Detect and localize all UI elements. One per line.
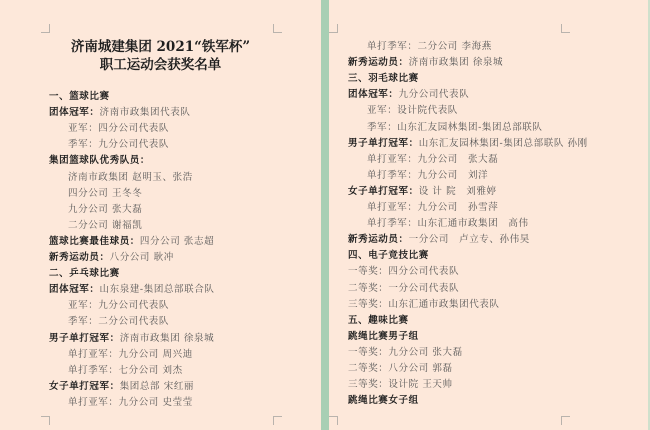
award-winner-text: 九分公司 张大磊 [68, 204, 142, 215]
award-line: 四、电子竞技比赛 [348, 250, 429, 262]
award-line: 单打季军：二分公司 李海燕 [367, 41, 492, 53]
award-category-label: 篮球比赛最佳球员： [49, 236, 140, 247]
award-line: 二等奖：八分公司 郭磊 [348, 363, 453, 375]
award-winner-text: 九分公司代表队 [399, 89, 470, 100]
award-category-label: 男子单打冠军： [49, 333, 120, 344]
award-winner-text: 一分公司 卢立专、孙伟昊 [409, 234, 530, 245]
margin-corner-mark [561, 24, 570, 33]
award-category-label: 团体冠军： [49, 284, 100, 295]
award-category-label: 女子单打冠军： [49, 381, 120, 392]
award-line: 一、篮球比赛 [49, 91, 110, 103]
award-winner-text: 设 计 院 刘雅婷 [419, 186, 497, 197]
award-winner-text: 单打季军：七分公司 刘杰 [68, 365, 183, 376]
award-category-label: 团体冠军： [49, 107, 100, 118]
award-category-label: 新秀运动员： [49, 252, 110, 263]
award-line: 二、乒乓球比赛 [49, 268, 120, 280]
award-line: 三等奖：设计院 王天帅 [348, 379, 453, 391]
award-line: 男子单打冠军：山东汇友园林集团-集团总部联队 孙刚 [348, 138, 588, 150]
award-line: 单打季军：九分公司 刘洋 [367, 170, 488, 182]
page-divider [321, 0, 329, 430]
award-category-label: 团体冠军： [348, 89, 399, 100]
award-line: 亚军：四分公司代表队 [68, 123, 169, 135]
margin-corner-mark [329, 24, 338, 33]
award-line: 四分公司 王冬冬 [68, 188, 142, 200]
award-winner-text: 单打亚军：九分公司 孙雪萍 [367, 202, 498, 213]
award-line: 单打亚军：九分公司 孙雪萍 [367, 202, 498, 214]
award-winner-text: 二等奖：八分公司 郭磊 [348, 363, 453, 374]
award-winner-text: 单打季军：二分公司 李海燕 [367, 41, 492, 52]
award-winner-text: 四分公司 张志超 [140, 236, 214, 247]
margin-corner-mark [41, 24, 50, 33]
award-winner-text: 亚军：四分公司代表队 [68, 123, 169, 134]
award-line: 男子单打冠军：济南市政集团 徐泉城 [49, 333, 214, 345]
award-winner-text: 一等奖：九分公司 张大磊 [348, 347, 463, 358]
award-line: 二分公司 谢福凯 [68, 220, 142, 232]
award-line: 单打亚军：九分公司 张大磊 [367, 154, 498, 166]
award-category-label: 五、趣味比赛 [348, 315, 409, 326]
award-winner-text: 季军：九分公司代表队 [68, 139, 169, 150]
award-line: 集团篮球队优秀队员： [49, 155, 150, 167]
award-winner-text: 八分公司 耿冲 [110, 252, 174, 263]
award-line: 三、羽毛球比赛 [348, 73, 419, 85]
award-winner-text: 集团总部 宋红丽 [120, 381, 194, 392]
page-right: 单打季军：二分公司 李海燕新秀运动员：济南市政集团 徐泉城三、羽毛球比赛团体冠军… [329, 0, 650, 430]
award-category-label: 男子单打冠军： [348, 138, 419, 149]
award-winner-text: 济南市政集团 赵明玉、张浩 [68, 172, 193, 183]
award-winner-text: 四分公司 王冬冬 [68, 188, 142, 199]
margin-corner-mark [273, 24, 282, 33]
award-line: 女子单打冠军：设 计 院 刘雅婷 [348, 186, 497, 198]
award-line: 五、趣味比赛 [348, 315, 409, 327]
award-line: 团体冠军：九分公司代表队 [348, 89, 469, 101]
award-line: 女子单打冠军：集团总部 宋红丽 [49, 381, 194, 393]
award-category-label: 四、电子竞技比赛 [348, 250, 429, 261]
award-line: 新秀运动员：济南市政集团 徐泉城 [348, 57, 503, 69]
award-line: 单打亚军：九分公司 周兴迪 [68, 349, 193, 361]
award-winner-text: 单打亚军：九分公司 周兴迪 [68, 349, 193, 360]
document-title-line-2: 职工运动会获奖名单 [0, 56, 321, 74]
award-winner-text: 山东汇友园林集团-集团总部联队 孙刚 [419, 138, 588, 149]
award-winner-text: 山东泉建-集团总部联合队 [100, 284, 215, 295]
award-category-label: 一、篮球比赛 [49, 91, 110, 102]
award-line: 二等奖：一分公司代表队 [348, 283, 459, 295]
page-left: 济南城建集团 2021“铁军杯” 职工运动会获奖名单 一、篮球比赛团体冠军：济南… [0, 0, 321, 430]
award-line: 济南市政集团 赵明玉、张浩 [68, 172, 193, 184]
award-line: 团体冠军：济南市政集团代表队 [49, 107, 190, 119]
award-winner-text: 二分公司 谢福凯 [68, 220, 142, 231]
award-winner-text: 三等奖：山东汇通市政集团代表队 [348, 299, 500, 310]
award-winner-text: 济南市政集团 徐泉城 [409, 57, 504, 68]
award-category-label: 三、羽毛球比赛 [348, 73, 419, 84]
award-category-label: 集团篮球队优秀队员： [49, 155, 150, 166]
award-winner-text: 二等奖：一分公司代表队 [348, 283, 459, 294]
award-category-label: 新秀运动员： [348, 234, 409, 245]
award-line: 单打季军：山东汇通市政集团 高伟 [367, 218, 529, 230]
award-winner-text: 亚军：九分公司代表队 [68, 300, 169, 311]
award-winner-text: 济南市政集团代表队 [100, 107, 191, 118]
award-winner-text: 单打季军：山东汇通市政集团 高伟 [367, 218, 529, 229]
award-line: 亚军：设计院代表队 [367, 105, 458, 117]
award-category-label: 跳绳比赛男子组 [348, 331, 419, 342]
award-winner-text: 单打亚军：九分公司 张大磊 [367, 154, 498, 165]
award-line: 单打亚军：九分公司 史莹莹 [68, 397, 193, 409]
award-line: 跳绳比赛男子组 [348, 331, 419, 343]
margin-corner-mark [41, 416, 50, 425]
award-winner-text: 亚军：设计院代表队 [367, 105, 458, 116]
award-line: 亚军：九分公司代表队 [68, 300, 169, 312]
award-line: 季军：二分公司代表队 [68, 316, 169, 328]
award-winner-text: 季军：山东汇友园林集团-集团总部联队 [367, 122, 543, 133]
award-line: 季军：九分公司代表队 [68, 139, 169, 151]
award-line: 跳绳比赛女子组 [348, 395, 419, 407]
award-line: 一等奖：四分公司代表队 [348, 266, 459, 278]
award-line: 团体冠军：山东泉建-集团总部联合队 [49, 284, 214, 296]
award-winner-text: 季军：二分公司代表队 [68, 316, 169, 327]
award-winner-text: 一等奖：四分公司代表队 [348, 266, 459, 277]
award-line: 三等奖：山东汇通市政集团代表队 [348, 299, 500, 311]
award-category-label: 女子单打冠军： [348, 186, 419, 197]
margin-corner-mark [329, 416, 338, 425]
award-category-label: 跳绳比赛女子组 [348, 395, 419, 406]
award-line: 单打季军：七分公司 刘杰 [68, 365, 183, 377]
award-winner-text: 三等奖：设计院 王天帅 [348, 379, 453, 390]
award-line: 一等奖：九分公司 张大磊 [348, 347, 463, 359]
award-line: 篮球比赛最佳球员：四分公司 张志超 [49, 236, 214, 248]
award-winner-text: 单打亚军：九分公司 史莹莹 [68, 397, 193, 408]
award-winner-text: 单打季军：九分公司 刘洋 [367, 170, 488, 181]
award-category-label: 新秀运动员： [348, 57, 409, 68]
margin-corner-mark [561, 416, 570, 425]
award-winner-text: 济南市政集团 徐泉城 [120, 333, 215, 344]
award-category-label: 二、乒乓球比赛 [49, 268, 120, 279]
document-title-line-1: 济南城建集团 2021“铁军杯” [0, 38, 321, 56]
award-line: 季军：山东汇友园林集团-集团总部联队 [367, 122, 543, 134]
award-line: 九分公司 张大磊 [68, 204, 142, 216]
margin-corner-mark [273, 416, 282, 425]
award-line: 新秀运动员：八分公司 耿冲 [49, 252, 174, 264]
award-line: 新秀运动员：一分公司 卢立专、孙伟昊 [348, 234, 530, 246]
